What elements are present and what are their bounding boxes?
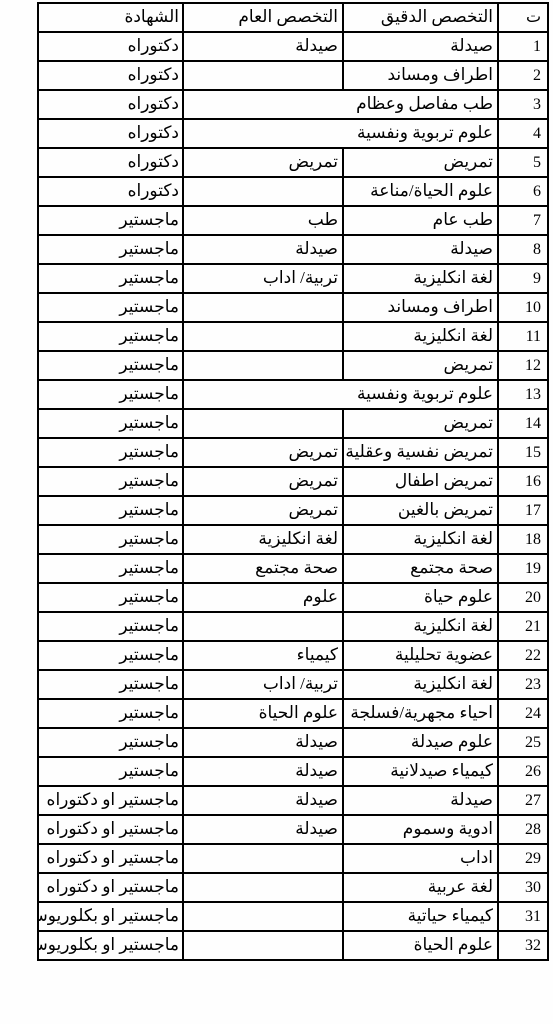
header-precise: التخصص الدقيق (343, 3, 498, 32)
cell-general: صيدلة (183, 235, 343, 264)
table-row: 19 صحة مجتمع صحة مجتمع ماجستير (38, 554, 548, 583)
cell-degree: ماجستير او بكلوريوس (38, 902, 183, 931)
cell-no: 12 (498, 351, 548, 380)
table-row: 18 لغة انكليزية لغة انكليزية ماجستير (38, 525, 548, 554)
cell-general (183, 409, 343, 438)
cell-general: صيدلة (183, 815, 343, 844)
cell-precise: تمريض اطفال (343, 467, 498, 496)
cell-precise: كيمياء حياتية (343, 902, 498, 931)
table-row: 21 لغة انكليزية ماجستير (38, 612, 548, 641)
table-row: 15 تمريض نفسية وعقلية تمريض ماجستير (38, 438, 548, 467)
cell-precise: تمريض بالغين (343, 496, 498, 525)
cell-degree: دكتوراه (38, 177, 183, 206)
cell-no: 25 (498, 728, 548, 757)
cell-degree: ماجستير (38, 235, 183, 264)
header-general: التخصص العام (183, 3, 343, 32)
cell-no: 30 (498, 873, 548, 902)
cell-precise: لغة انكليزية (343, 322, 498, 351)
cell-precise: لغة انكليزية (343, 264, 498, 293)
cell-precise: صيدلة (343, 32, 498, 61)
cell-general: صحة مجتمع (183, 554, 343, 583)
cell-precise: لغة عربية (343, 873, 498, 902)
cell-general: تمريض (183, 467, 343, 496)
table-row: 31 كيمياء حياتية ماجستير او بكلوريوس (38, 902, 548, 931)
cell-precise: احياء مجهرية/فسلجة (343, 699, 498, 728)
cell-precise: كيمياء صيدلانية (343, 757, 498, 786)
cell-degree: ماجستير (38, 409, 183, 438)
cell-no: 14 (498, 409, 548, 438)
cell-no: 1 (498, 32, 548, 61)
cell-degree: ماجستير او دكتوراه (38, 873, 183, 902)
cell-precise: اداب (343, 844, 498, 873)
cell-no: 3 (498, 90, 548, 119)
table-row: 13 علوم تربوية ونفسية ماجستير (38, 380, 548, 409)
cell-precise: صيدلة (343, 786, 498, 815)
cell-degree: ماجستير (38, 641, 183, 670)
cell-no: 13 (498, 380, 548, 409)
cell-general (183, 322, 343, 351)
cell-no: 16 (498, 467, 548, 496)
table-row: 30 لغة عربية ماجستير او دكتوراه (38, 873, 548, 902)
cell-general: تمريض (183, 496, 343, 525)
cell-degree: ماجستير (38, 322, 183, 351)
cell-no: 19 (498, 554, 548, 583)
table-row: 2 اطراف ومساند دكتوراه (38, 61, 548, 90)
cell-precise: علوم صيدلة (343, 728, 498, 757)
cell-degree: ماجستير (38, 467, 183, 496)
cell-precise: طب مفاصل وعظام (183, 90, 498, 119)
table-row: 11 لغة انكليزية ماجستير (38, 322, 548, 351)
cell-no: 15 (498, 438, 548, 467)
cell-precise: تمريض (343, 409, 498, 438)
cell-general: تمريض (183, 148, 343, 177)
cell-general: تمريض (183, 438, 343, 467)
header-row: ت التخصص الدقيق التخصص العام الشهادة (38, 3, 548, 32)
cell-degree: ماجستير (38, 293, 183, 322)
cell-precise: صحة مجتمع (343, 554, 498, 583)
cell-general: صيدلة (183, 32, 343, 61)
table-row: 16 تمريض اطفال تمريض ماجستير (38, 467, 548, 496)
cell-no: 28 (498, 815, 548, 844)
cell-general: صيدلة (183, 728, 343, 757)
cell-no: 22 (498, 641, 548, 670)
cell-no: 27 (498, 786, 548, 815)
table-row: 32 علوم الحياة ماجستير او بكلوريوس (38, 931, 548, 960)
cell-degree: ماجستير (38, 206, 183, 235)
cell-degree: ماجستير او دكتوراه (38, 786, 183, 815)
header-degree: الشهادة (38, 3, 183, 32)
table-row: 12 تمريض ماجستير (38, 351, 548, 380)
cell-degree: دكتوراه (38, 90, 183, 119)
cell-general: طب (183, 206, 343, 235)
cell-precise: اطراف ومساند (343, 293, 498, 322)
table-row: 8 صيدلة صيدلة ماجستير (38, 235, 548, 264)
cell-degree: ماجستير (38, 380, 183, 409)
table-row: 17 تمريض بالغين تمريض ماجستير (38, 496, 548, 525)
cell-no: 6 (498, 177, 548, 206)
cell-precise: لغة انكليزية (343, 525, 498, 554)
cell-no: 8 (498, 235, 548, 264)
cell-no: 18 (498, 525, 548, 554)
cell-no: 7 (498, 206, 548, 235)
table-row: 7 طب عام طب ماجستير (38, 206, 548, 235)
cell-degree: ماجستير (38, 554, 183, 583)
cell-degree: دكتوراه (38, 32, 183, 61)
specializations-table: ت التخصص الدقيق التخصص العام الشهادة 1 ص… (37, 2, 549, 961)
cell-precise: اطراف ومساند (343, 61, 498, 90)
cell-precise: لغة انكليزية (343, 612, 498, 641)
table-row: 22 عضوية تحليلية كيمياء ماجستير (38, 641, 548, 670)
cell-precise: لغة انكليزية (343, 670, 498, 699)
table-row: 3 طب مفاصل وعظام دكتوراه (38, 90, 548, 119)
cell-degree: ماجستير (38, 757, 183, 786)
table-row: 23 لغة انكليزية تربية/ اداب ماجستير (38, 670, 548, 699)
cell-precise: تمريض نفسية وعقلية (343, 438, 498, 467)
cell-general (183, 177, 343, 206)
cell-no: 4 (498, 119, 548, 148)
table-row: 4 علوم تربوية ونفسية دكتوراه (38, 119, 548, 148)
cell-degree: ماجستير (38, 438, 183, 467)
cell-general (183, 612, 343, 641)
cell-no: 21 (498, 612, 548, 641)
cell-degree: ماجستير او بكلوريوس (38, 931, 183, 960)
cell-degree: دكتوراه (38, 61, 183, 90)
table-row: 25 علوم صيدلة صيدلة ماجستير (38, 728, 548, 757)
table-row: 26 كيمياء صيدلانية صيدلة ماجستير (38, 757, 548, 786)
cell-degree: ماجستير او دكتوراه (38, 844, 183, 873)
cell-precise: تمريض (343, 148, 498, 177)
cell-no: 20 (498, 583, 548, 612)
cell-no: 9 (498, 264, 548, 293)
table-header: ت التخصص الدقيق التخصص العام الشهادة (38, 3, 548, 32)
cell-degree: ماجستير (38, 351, 183, 380)
cell-general (183, 931, 343, 960)
cell-no: 24 (498, 699, 548, 728)
cell-precise: طب عام (343, 206, 498, 235)
cell-precise: ادوية وسموم (343, 815, 498, 844)
header-no: ت (498, 3, 548, 32)
table-row: 9 لغة انكليزية تربية/ اداب ماجستير (38, 264, 548, 293)
cell-no: 32 (498, 931, 548, 960)
cell-general (183, 844, 343, 873)
cell-degree: ماجستير (38, 612, 183, 641)
cell-general (183, 293, 343, 322)
cell-no: 11 (498, 322, 548, 351)
cell-general (183, 351, 343, 380)
cell-general: تربية/ اداب (183, 264, 343, 293)
table-row: 6 علوم الحياة/مناعة دكتوراه (38, 177, 548, 206)
table-row: 28 ادوية وسموم صيدلة ماجستير او دكتوراه (38, 815, 548, 844)
cell-precise: علوم الحياة/مناعة (343, 177, 498, 206)
cell-no: 31 (498, 902, 548, 931)
cell-no: 26 (498, 757, 548, 786)
table-row: 24 احياء مجهرية/فسلجة علوم الحياة ماجستي… (38, 699, 548, 728)
cell-no: 10 (498, 293, 548, 322)
cell-precise: عضوية تحليلية (343, 641, 498, 670)
cell-degree: ماجستير (38, 583, 183, 612)
cell-general (183, 902, 343, 931)
cell-general: لغة انكليزية (183, 525, 343, 554)
table-row: 20 علوم حياة علوم ماجستير (38, 583, 548, 612)
cell-no: 5 (498, 148, 548, 177)
cell-general: علوم (183, 583, 343, 612)
cell-no: 17 (498, 496, 548, 525)
cell-precise: علوم الحياة (343, 931, 498, 960)
table-row: 1 صيدلة صيدلة دكتوراه (38, 32, 548, 61)
cell-degree: ماجستير (38, 264, 183, 293)
cell-general (183, 873, 343, 902)
cell-degree: دكتوراه (38, 119, 183, 148)
cell-degree: ماجستير (38, 525, 183, 554)
cell-degree: دكتوراه (38, 148, 183, 177)
cell-general: صيدلة (183, 757, 343, 786)
cell-degree: ماجستير او دكتوراه (38, 815, 183, 844)
table-row: 27 صيدلة صيدلة ماجستير او دكتوراه (38, 786, 548, 815)
cell-degree: ماجستير (38, 728, 183, 757)
cell-general: تربية/ اداب (183, 670, 343, 699)
cell-precise: علوم تربوية ونفسية (183, 380, 498, 409)
table-row: 29 اداب ماجستير او دكتوراه (38, 844, 548, 873)
cell-general: كيمياء (183, 641, 343, 670)
cell-general: علوم الحياة (183, 699, 343, 728)
table-body: 1 صيدلة صيدلة دكتوراه 2 اطراف ومساند دكت… (38, 32, 548, 960)
cell-precise: تمريض (343, 351, 498, 380)
table-row: 10 اطراف ومساند ماجستير (38, 293, 548, 322)
cell-general: صيدلة (183, 786, 343, 815)
cell-precise: علوم حياة (343, 583, 498, 612)
cell-degree: ماجستير (38, 670, 183, 699)
cell-degree: ماجستير (38, 496, 183, 525)
cell-general (183, 61, 343, 90)
table-row: 5 تمريض تمريض دكتوراه (38, 148, 548, 177)
cell-no: 29 (498, 844, 548, 873)
cell-no: 23 (498, 670, 548, 699)
cell-precise: علوم تربوية ونفسية (183, 119, 498, 148)
cell-no: 2 (498, 61, 548, 90)
cell-degree: ماجستير (38, 699, 183, 728)
table-row: 14 تمريض ماجستير (38, 409, 548, 438)
cell-precise: صيدلة (343, 235, 498, 264)
